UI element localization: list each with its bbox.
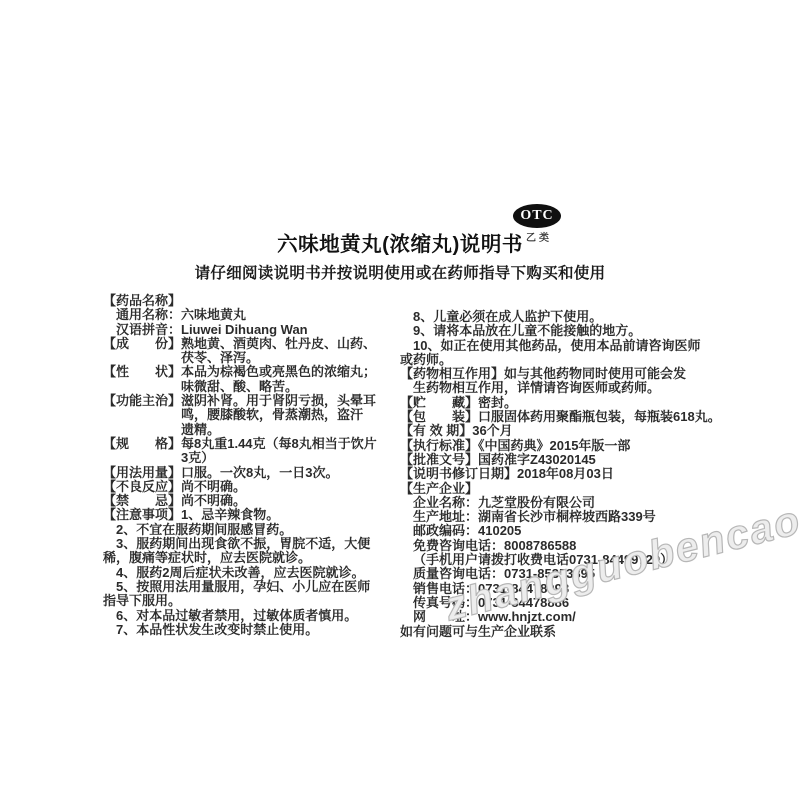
insert-line: 7、本品性状发生改变时禁止使用。 <box>103 623 399 637</box>
insert-line: 通用名称：六味地黄丸 <box>103 308 399 322</box>
insert-line: 10、如正在使用其他药品，使用本品前请咨询医师 <box>400 339 718 353</box>
insert-line: 生产地址：湖南省长沙市桐梓坡西路339号 <box>400 510 718 524</box>
insert-line: 2、不宜在服药期间服感冒药。 <box>103 523 399 537</box>
insert-line: 9、请将本品放在儿童不能接触的地方。 <box>400 324 718 338</box>
insert-line: 【用法用量】口服。一次8丸，一日3次。 <box>103 466 399 480</box>
insert-line: 【执行标准】《中国药典》2015年版一部 <box>400 439 718 453</box>
insert-line: 5、按照用法用量服用，孕妇、小儿应在医师 <box>103 580 399 594</box>
insert-line: 或药师。 <box>400 353 718 367</box>
insert-line: 【生产企业】 <box>400 482 718 496</box>
insert-line: 【规 格】每8丸重1.44克（每8丸相当于饮片 <box>103 437 399 451</box>
insert-line: 企业名称：九芝堂股份有限公司 <box>400 496 718 510</box>
insert-line: 【药品名称】 <box>103 294 399 308</box>
insert-line: 【不良反应】尚不明确。 <box>103 480 399 494</box>
usage-warning-subtitle: 请仔细阅读说明书并按说明使用或在药师指导下购买和使用 <box>0 261 800 283</box>
medicine-insert-sheet: OTC 乙类 六味地黄丸(浓缩丸)说明书 请仔细阅读说明书并按说明使用或在药师指… <box>0 0 800 800</box>
insert-line: 8、儿童必须在成人监护下使用。 <box>400 310 718 324</box>
insert-line: 【功能主治】滋阴补肾。用于肾阴亏损，头晕耳 <box>103 394 399 408</box>
insert-line: 【药物相互作用】如与其他药物同时使用可能会发 <box>400 367 718 381</box>
insert-line: 6、对本品过敏者禁用，过敏体质者慎用。 <box>103 609 399 623</box>
insert-line: 汉语拼音：Liuwei Dihuang Wan <box>103 323 399 337</box>
insert-line: 免费咨询电话：8008786588 <box>400 539 718 553</box>
insert-line: 【有 效 期】36个月 <box>400 424 718 438</box>
insert-line: 【注意事项】1、忌辛辣食物。 <box>103 508 399 522</box>
insert-line: 质量咨询电话：0731-85353895 <box>400 567 718 581</box>
insert-line: 茯苓、泽泻。 <box>103 351 399 365</box>
insert-title: 六味地黄丸(浓缩丸)说明书 <box>0 227 800 257</box>
insert-line: 生药物相互作用，详情请咨询医师或药师。 <box>400 381 718 395</box>
insert-line: 邮政编码：410205 <box>400 524 718 538</box>
insert-line: 【成 份】熟地黄、酒萸肉、牡丹皮、山药、 <box>103 337 399 351</box>
insert-line: 4、服药2周后症状未改善，应去医院就诊。 <box>103 566 399 580</box>
insert-line: 如有问题可与生产企业联系 <box>400 625 718 639</box>
insert-line: 【包 装】口服固体药用聚酯瓶包装，每瓶装618丸。 <box>400 410 718 424</box>
insert-line: 【性 状】本品为棕褐色或亮黑色的浓缩丸； <box>103 365 399 379</box>
insert-line: 指导下服用。 <box>103 594 399 608</box>
insert-line: 【说明书修订日期】2018年08月03日 <box>400 467 718 481</box>
insert-line: 【批准文号】国药准字Z43020145 <box>400 453 718 467</box>
insert-line: 网 址：www.hnjzt.com/ <box>400 610 718 624</box>
insert-line: 鸣，腰膝酸软，骨蒸潮热，盗汗 <box>103 408 399 422</box>
insert-line: 传真号码：0731-84478886 <box>400 596 718 610</box>
left-column: 【药品名称】 通用名称：六味地黄丸 汉语拼音：Liuwei Dihuang Wa… <box>103 294 399 637</box>
insert-line: 3、服药期间出现食欲不振，胃脘不适，大便 <box>103 537 399 551</box>
insert-line: 销售电话：0731-84478998 <box>400 582 718 596</box>
insert-line: 【禁 忌】尚不明确。 <box>103 494 399 508</box>
insert-line: 3克） <box>103 451 399 465</box>
insert-line: 【贮 藏】密封。 <box>400 396 718 410</box>
insert-line: 稀，腹痛等症状时，应去医院就诊。 <box>103 551 399 565</box>
insert-line: 遗精。 <box>103 423 399 437</box>
insert-line: （手机用户请拨打收费电话0731-84499729） <box>400 553 718 567</box>
otc-ellipse-icon: OTC <box>513 204 561 228</box>
right-column: 8、儿童必须在成人监护下使用。 9、请将本品放在儿童不能接触的地方。 10、如正… <box>400 310 718 639</box>
insert-line: 味微甜、酸、略苦。 <box>103 380 399 394</box>
